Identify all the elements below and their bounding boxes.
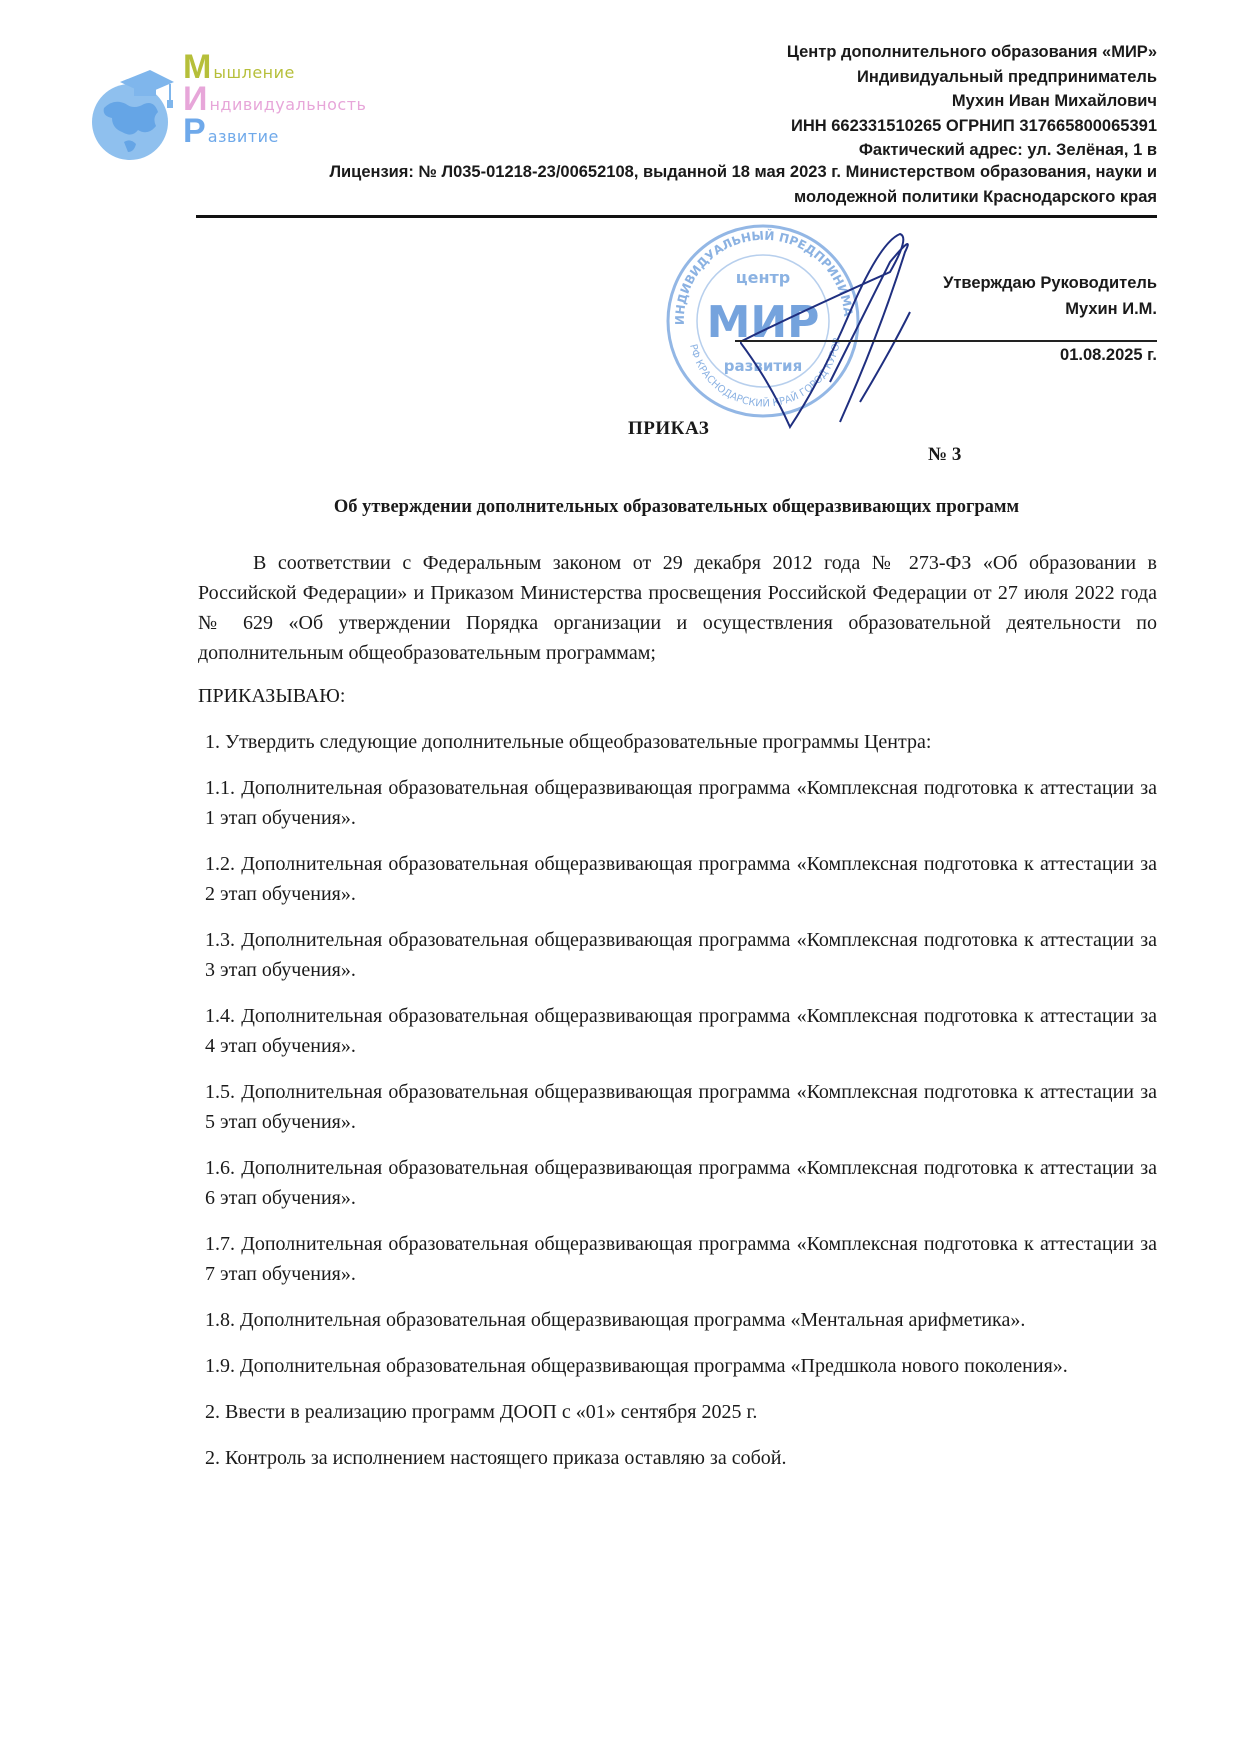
logo-line-r: Р азвитие: [183, 116, 366, 146]
program-item-1-3: 1.3. Дополнительная образовательная обще…: [205, 925, 1157, 985]
logo-word-development: азвитие: [208, 128, 279, 146]
globe-graduation-cap-icon: [90, 64, 176, 164]
logo-word-thinking: ышление: [213, 64, 295, 82]
order-item-3: 2. Контроль за исполнением настоящего пр…: [205, 1443, 1157, 1473]
approval-title: Утверждаю Руководитель: [943, 270, 1157, 296]
program-item-1-1: 1.1. Дополнительная образовательная обще…: [205, 773, 1157, 833]
license-line-2: молодежной политики Краснодарского края: [329, 185, 1157, 210]
org-type: Индивидуальный предприниматель: [787, 65, 1157, 90]
logo-line-i: И ндивидуальность: [183, 84, 366, 114]
logo-word-individuality: ндивидуальность: [209, 96, 366, 114]
order-subject: Об утверждении дополнительных образовате…: [196, 497, 1157, 518]
logo-letter-r: Р: [183, 116, 206, 146]
approval-block: Утверждаю Руководитель Мухин И.М.: [943, 270, 1157, 322]
license-info: Лицензия: № Л035-01218-23/00652108, выда…: [329, 160, 1157, 209]
owner-name: Мухин Иван Михайлович: [787, 89, 1157, 114]
tax-ids: ИНН 662331510265 ОГРНИП 317665800065391: [787, 114, 1157, 139]
document-title: ПРИКАЗ: [628, 418, 709, 440]
handwritten-signature-icon: [740, 232, 925, 432]
preamble: В соответствии с Федеральным законом от …: [198, 548, 1157, 668]
order-number: № 3: [928, 444, 961, 466]
org-name: Центр дополнительного образования «МИР»: [787, 40, 1157, 65]
program-item-1-5: 1.5. Дополнительная образовательная обще…: [205, 1077, 1157, 1137]
program-item-1-7: 1.7. Дополнительная образовательная обще…: [205, 1229, 1157, 1289]
organization-logo: М ышление И ндивидуальность Р азвитие: [90, 52, 410, 167]
letterhead: Центр дополнительного образования «МИР» …: [787, 40, 1157, 163]
command-heading: ПРИКАЗЫВАЮ:: [198, 681, 1157, 711]
address: Фактический адрес: ул. Зелёная, 1 в: [787, 138, 1157, 163]
order-item-1: 1. Утвердить следующие дополнительные об…: [205, 727, 1157, 757]
logo-line-m: М ышление: [183, 52, 366, 82]
signature-line: [735, 340, 1157, 342]
approver-name: Мухин И.М.: [943, 296, 1157, 322]
program-item-1-4: 1.4. Дополнительная образовательная обще…: [205, 1001, 1157, 1061]
program-item-1-9: 1.9. Дополнительная образовательная обще…: [205, 1351, 1157, 1381]
order-item-2: 2. Ввести в реализацию программ ДООП с «…: [205, 1397, 1157, 1427]
document-body: В соответствии с Федеральным законом от …: [198, 548, 1157, 1473]
program-item-1-2: 1.2. Дополнительная образовательная обще…: [205, 849, 1157, 909]
license-line-1: Лицензия: № Л035-01218-23/00652108, выда…: [329, 160, 1157, 185]
program-item-1-6: 1.6. Дополнительная образовательная обще…: [205, 1153, 1157, 1213]
approval-date: 01.08.2025 г.: [1060, 346, 1157, 365]
program-item-1-8: 1.8. Дополнительная образовательная обще…: [205, 1305, 1157, 1335]
logo-wordmark: М ышление И ндивидуальность Р азвитие: [183, 52, 366, 148]
logo-letter-i: И: [183, 84, 207, 114]
logo-letter-m: М: [183, 52, 211, 82]
